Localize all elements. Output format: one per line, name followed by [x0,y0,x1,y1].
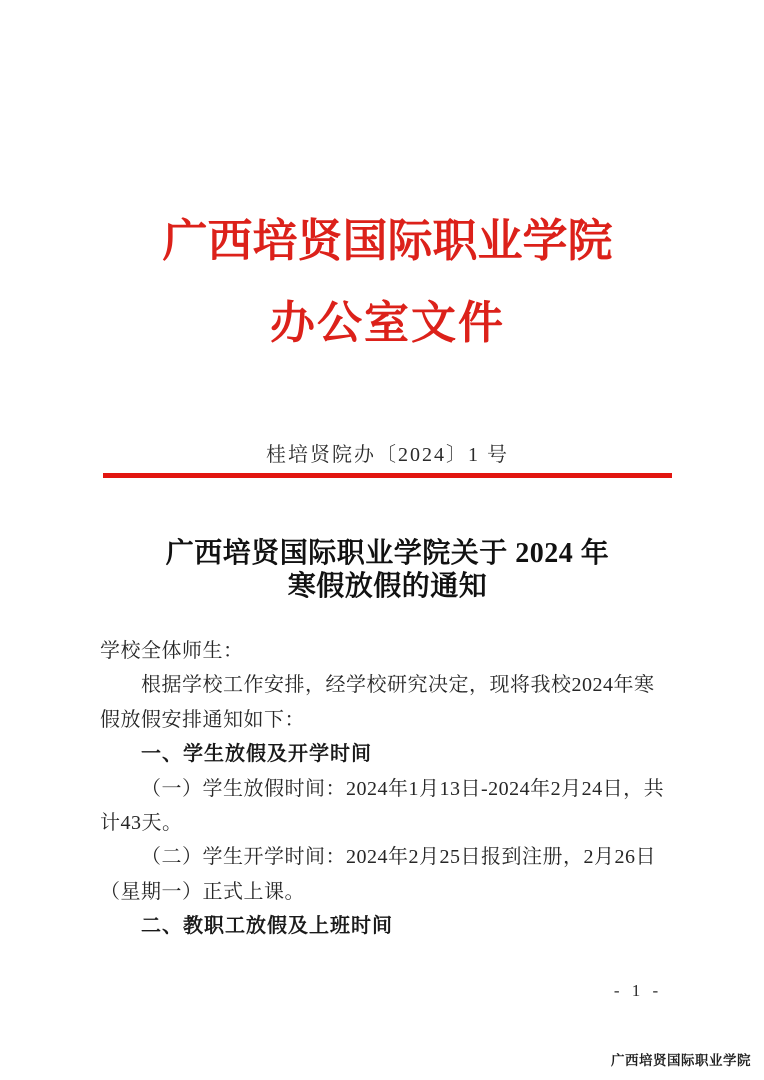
section-1-item-1-line-2: 计43天。 [100,806,680,840]
section-2-heading: 二、教职工放假及上班时间 [100,909,680,943]
section-1-item-2-line-1: （二）学生开学时间：2024年2月25日报到注册，2月26日 [100,840,680,874]
notice-title-line1: 广西培贤国际职业学院关于 2024 年 [103,537,672,570]
section-1-item-1-line-1: （一）学生放假时间：2024年1月13日-2024年2月24日，共 [100,772,680,806]
footer-org-name: 广西培贤国际职业学院 [611,1049,751,1069]
office-document-red-title: 办公室文件 [103,298,672,348]
page-number: - 1 - [601,981,675,1001]
notice-title: 广西培贤国际职业学院关于 2024 年 寒假放假的通知 [103,537,672,603]
intro-line-1: 根据学校工作安排，经学校研究决定，现将我校2024年寒 [100,668,680,702]
document-reference-number: 桂培贤院办〔2024〕1 号 [103,442,672,468]
intro-line-2: 假放假安排通知如下： [100,703,680,737]
red-divider-rule [103,473,672,478]
notice-body: 学校全体师生： 根据学校工作安排，经学校研究决定，现将我校2024年寒 假放假安… [100,634,680,944]
section-1-item-2-line-2: （星期一）正式上课。 [100,875,680,909]
salutation-line: 学校全体师生： [100,634,680,668]
org-name-red-title: 广西培贤国际职业学院 [103,216,672,266]
notice-title-line2: 寒假放假的通知 [103,570,672,603]
section-1-heading: 一、学生放假及开学时间 [100,737,680,771]
document-page: 广西培贤国际职业学院 办公室文件 桂培贤院办〔2024〕1 号 广西培贤国际职业… [0,0,764,1080]
